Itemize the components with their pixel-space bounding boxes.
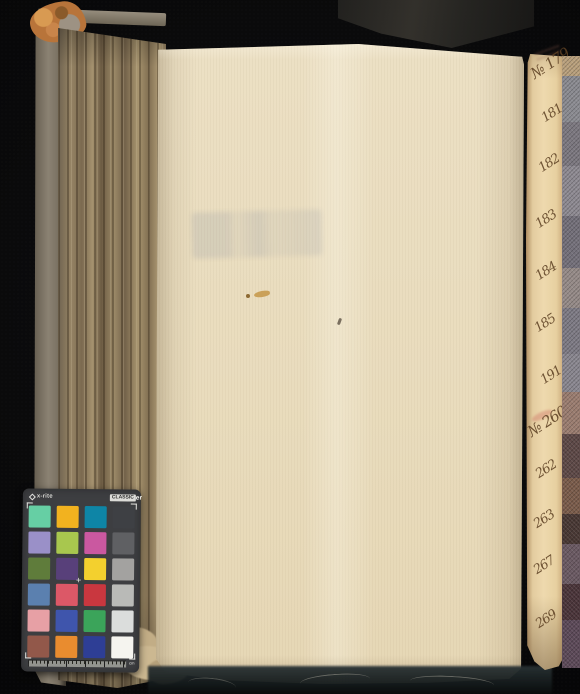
color-patch-purplish-blue <box>55 610 77 632</box>
ruler-scale <box>28 659 126 667</box>
color-patch-blue-flower <box>28 531 50 553</box>
crop-mark-icon <box>27 502 33 508</box>
color-patch-neutral-5 <box>112 558 134 580</box>
color-patch-purple <box>56 558 78 580</box>
color-patch-yellow-green <box>56 532 78 554</box>
color-patch-red <box>84 584 106 606</box>
fabric-swatch <box>562 544 580 584</box>
color-patch-light-skin <box>27 609 49 631</box>
xrite-diamond-icon <box>29 493 36 500</box>
center-cross-icon: + <box>76 576 81 585</box>
fabric-swatch <box>562 478 580 514</box>
color-patch-blue-sky <box>28 583 50 605</box>
fabric-swatch <box>562 434 580 478</box>
color-patch-black <box>113 506 135 528</box>
blank-page <box>156 44 524 684</box>
ruler-unit-label: cm <box>129 661 134 666</box>
crop-mark-icon <box>131 504 137 510</box>
color-patch-blue <box>83 636 105 658</box>
fabric-swatch-column <box>562 56 580 668</box>
xrite-brand-label: x-rite <box>37 494 53 500</box>
crop-mark-icon <box>25 652 31 658</box>
stain-speck <box>246 294 250 298</box>
fabric-swatch <box>562 308 580 354</box>
fabric-swatch <box>562 166 580 216</box>
fabric-swatch <box>562 56 580 76</box>
stamp-showthrough <box>191 209 322 258</box>
fabric-swatch <box>562 514 580 544</box>
color-patch-cyan <box>85 506 107 528</box>
color-patch-yellow <box>84 558 106 580</box>
crop-mark-icon <box>129 654 135 660</box>
fabric-swatch <box>562 620 580 668</box>
fabric-swatch <box>562 76 580 122</box>
color-patch-neutral-8 <box>111 610 133 632</box>
color-patch-neutral-3-5 <box>112 532 134 554</box>
color-patch-moderate-red <box>56 584 78 606</box>
colorchecker-card: x-rite colorchecker CLASSIC + cm <box>21 488 141 672</box>
color-patch-magenta <box>84 532 106 554</box>
classic-badge: CLASSIC <box>110 494 136 501</box>
colorchecker-header: x-rite colorchecker CLASSIC <box>23 488 141 506</box>
fabric-swatch <box>562 584 580 620</box>
fabric-swatch <box>562 216 580 268</box>
color-patch-bluish-green <box>29 505 51 527</box>
fabric-swatch <box>562 392 580 434</box>
color-patch-neutral-6-5 <box>112 584 134 606</box>
color-patch-green <box>83 610 105 632</box>
color-patch-foliage <box>28 557 50 579</box>
fabric-swatch <box>562 354 580 392</box>
photograph: № 179181182183184185191№ 260262263267269… <box>0 0 580 694</box>
fabric-swatch <box>562 122 580 166</box>
color-patch-orange-yellow <box>57 506 79 528</box>
fabric-swatch <box>562 268 580 308</box>
xrite-logo: x-rite <box>30 493 53 499</box>
color-patch-orange <box>55 636 77 658</box>
